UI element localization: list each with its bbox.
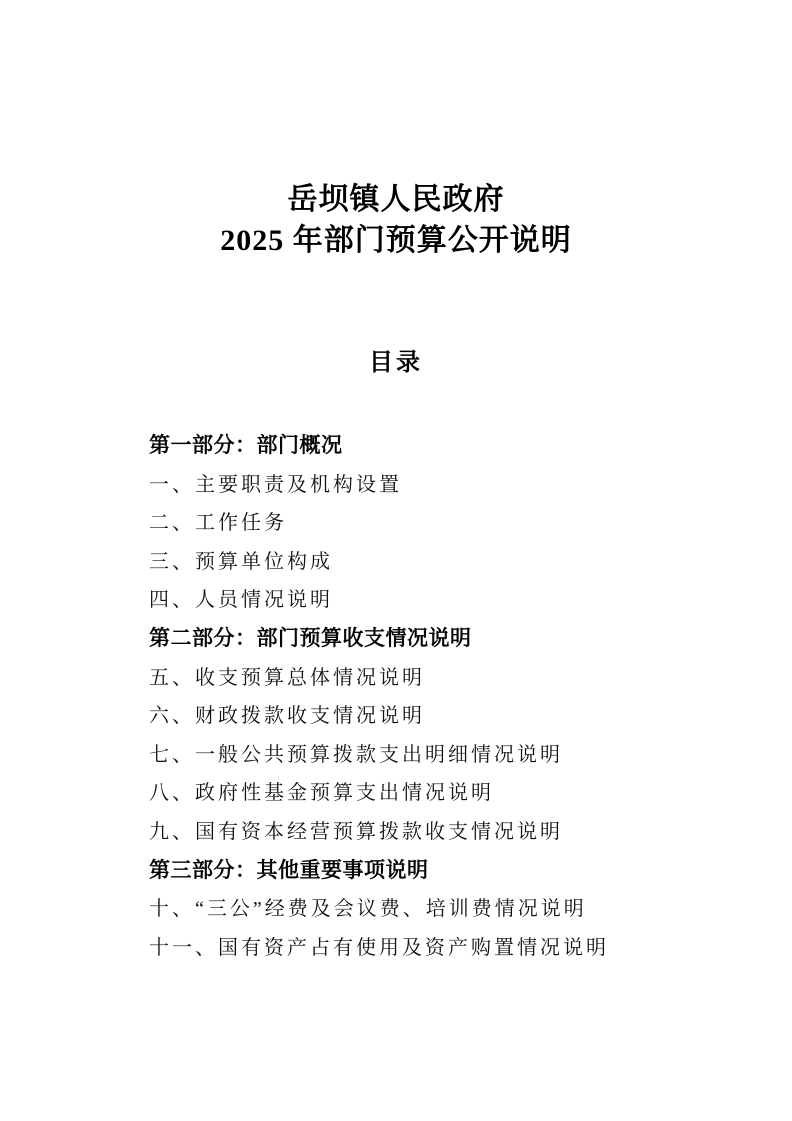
document-page: 岳坝镇人民政府 2025 年部门预算公开说明 目录 第一部分：部门概况一、主要职… — [0, 0, 792, 1121]
toc-item: 九、国有资本经营预算拨款收支情况说明 — [149, 813, 732, 852]
toc-item: 十一、国有资产占有使用及资产购置情况说明 — [149, 929, 732, 968]
toc-section-heading: 第二部分：部门预算收支情况说明 — [149, 620, 732, 659]
toc-item: 五、收支预算总体情况说明 — [149, 659, 732, 698]
toc-item: 一、主要职责及机构设置 — [149, 466, 732, 505]
toc-item: 十、“三公”经费及会议费、培训费情况说明 — [149, 890, 732, 929]
toc-list: 第一部分：部门概况一、主要职责及机构设置二、工作任务三、预算单位构成四、人员情况… — [149, 427, 732, 967]
document-title-line1: 岳坝镇人民政府 — [0, 179, 792, 220]
toc-item: 八、政府性基金预算支出情况说明 — [149, 774, 732, 813]
toc-item: 七、一般公共预算拨款支出明细情况说明 — [149, 736, 732, 775]
document-title: 岳坝镇人民政府 2025 年部门预算公开说明 — [0, 179, 792, 261]
toc-item: 四、人员情况说明 — [149, 581, 732, 620]
toc-item: 二、工作任务 — [149, 504, 732, 543]
toc-section-heading: 第一部分：部门概况 — [149, 427, 732, 466]
toc-section-heading: 第三部分：其他重要事项说明 — [149, 852, 732, 891]
toc-item: 六、财政拨款收支情况说明 — [149, 697, 732, 736]
document-title-line2: 2025 年部门预算公开说明 — [0, 220, 792, 261]
toc-heading: 目录 — [0, 347, 792, 379]
toc-item: 三、预算单位构成 — [149, 543, 732, 582]
